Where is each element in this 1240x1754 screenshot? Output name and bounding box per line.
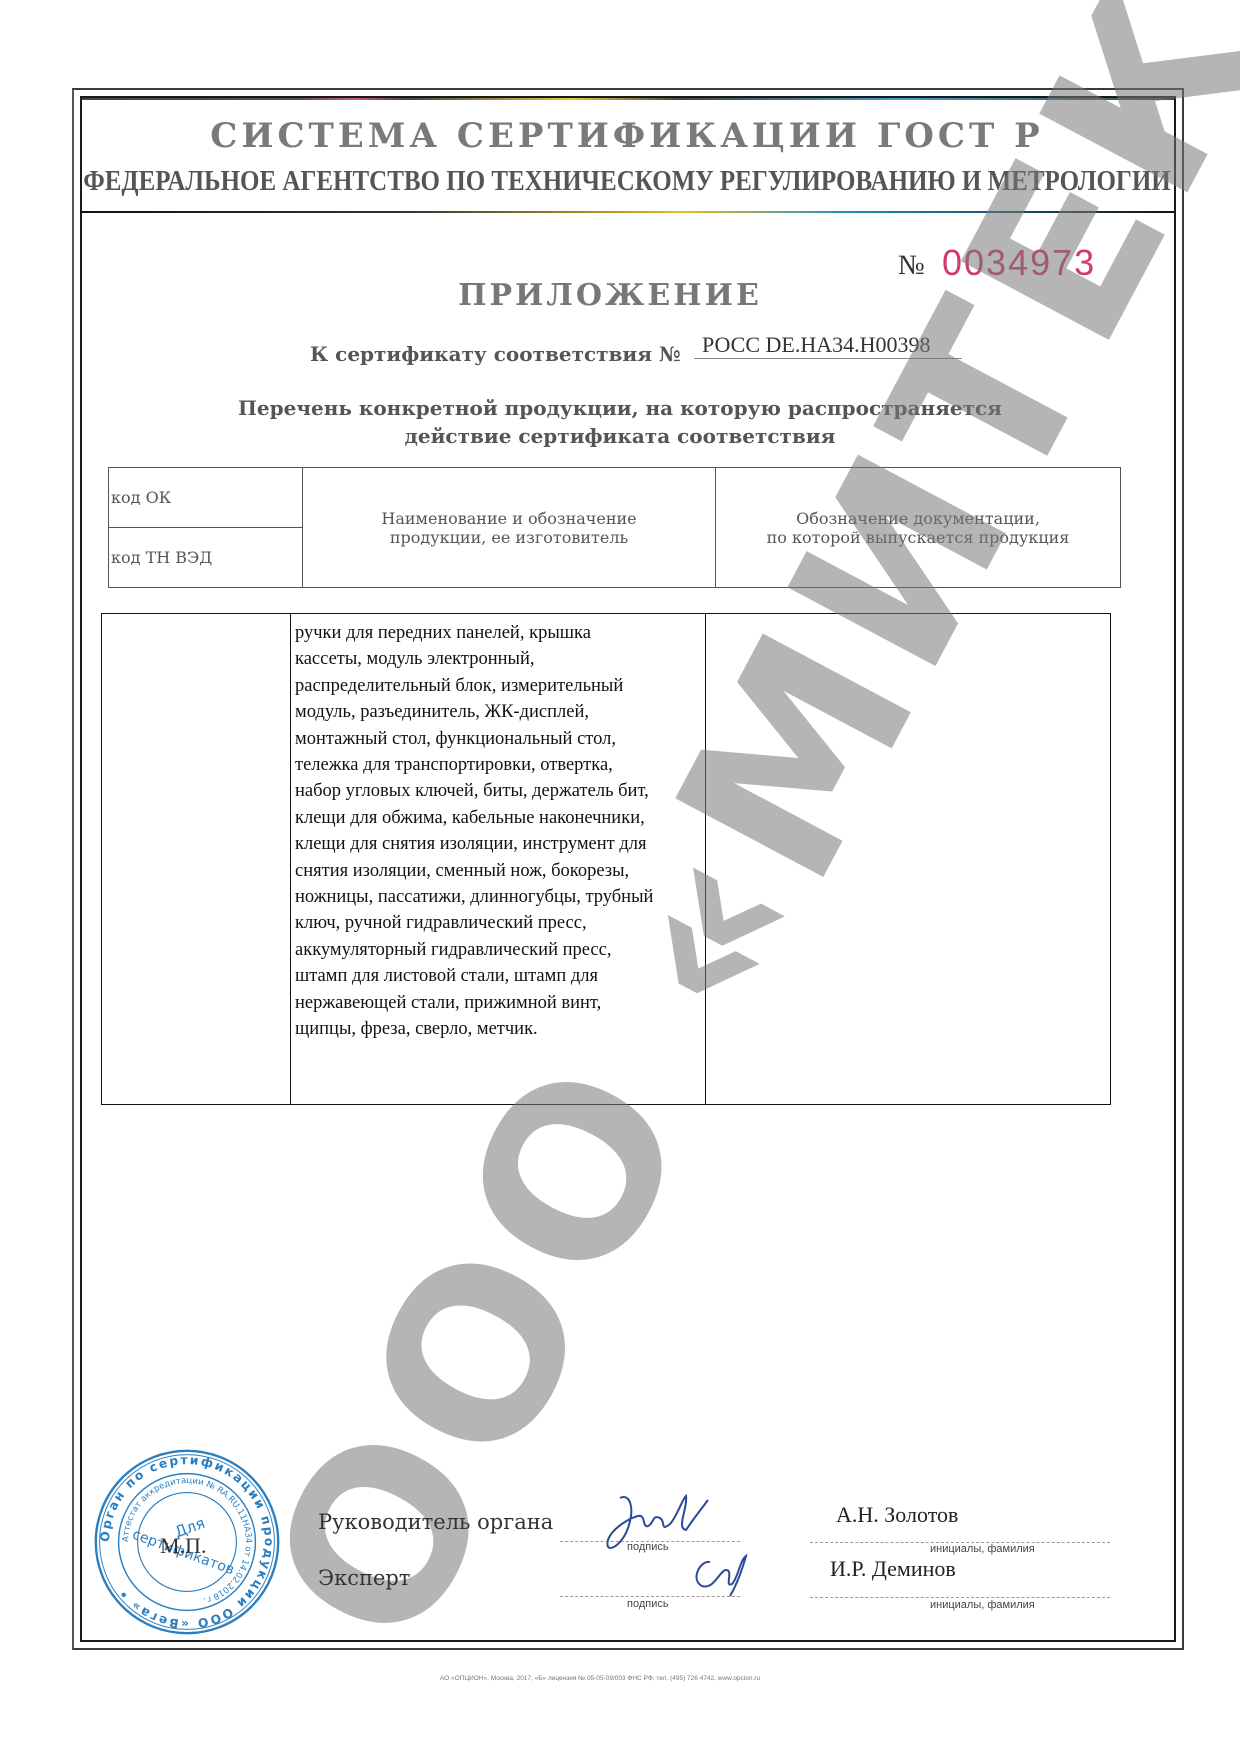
list-title-line2: действие сертификата соответствия (0, 424, 1240, 448)
row-code-cell (102, 614, 291, 1105)
product-line: кассеты, модуль электронный, (295, 646, 701, 672)
product-line: ключ, ручной гидравлический пресс, (295, 910, 701, 936)
head-signature (590, 1488, 730, 1558)
head-name-caption: инициалы, фамилия (930, 1543, 1035, 1555)
product-line: клещи для снятия изоляции, инструмент дл… (295, 831, 701, 857)
products-table: ручки для передних панелей, крышкакассет… (101, 613, 1111, 1105)
header-rule-top (80, 98, 1174, 100)
header-code-ok: код ОК (109, 468, 303, 528)
row-documentation-cell (706, 614, 1111, 1105)
product-line: набор угловых ключей, биты, держатель би… (295, 778, 701, 804)
expert-signature (680, 1550, 760, 1600)
expert-name-caption: инициалы, фамилия (930, 1599, 1035, 1611)
header-product-name-line1: Наименование и обозначение (304, 509, 714, 528)
product-line: клещи для обжима, кабельные наконечники, (295, 805, 701, 831)
product-line: снятия изоляции, сменный нож, бокорезы, (295, 858, 701, 884)
expert-signature-caption: подпись (627, 1598, 669, 1610)
product-line: монтажный стол, функциональный стол, (295, 726, 701, 752)
head-of-body-label: Руководитель органа (318, 1510, 553, 1534)
expert-name: И.Р. Деминов (830, 1556, 956, 1582)
products-table-header: код ОК Наименование и обозначение продук… (108, 467, 1121, 588)
system-title: СИСТЕМА СЕРТИФИКАЦИИ ГОСТ Р (80, 116, 1174, 156)
product-line: ручки для передних панелей, крышка (295, 620, 701, 646)
header-documentation-line1: Обозначение документации, (717, 509, 1119, 528)
head-name: А.Н. Золотов (836, 1502, 958, 1528)
product-line: аккумуляторный гидравлический пресс, (295, 937, 701, 963)
expert-name-line (810, 1597, 1110, 1598)
product-line: тележка для транспортировки, отвертка, (295, 752, 701, 778)
header-product-name-line2: продукции, ее изготовитель (304, 528, 714, 547)
product-line: штамп для листовой стали, штамп для (295, 963, 701, 989)
row-product-cell: ручки для передних панелей, крышкакассет… (291, 614, 706, 1105)
printer-footer: АО «ОПЦИОН», Москва, 2017, «Б» лицензия … (350, 1675, 850, 1682)
list-title-line1: Перечень конкретной продукции, на котору… (0, 396, 1240, 420)
product-line: ножницы, пассатижи, длинногубцы, трубный (295, 884, 701, 910)
seal-mark: М.П. (160, 1533, 206, 1559)
certificate-number: РОСС DE.HA34.H00398 (694, 332, 962, 359)
product-line: модуль, разъединитель, ЖК-дисплей, (295, 699, 701, 725)
appendix-heading-wrap: ПРИЛОЖЕНИЕ (0, 278, 1240, 313)
header-code-tnved: код ТН ВЭД (109, 528, 303, 588)
header-rule-bottom (80, 211, 1174, 213)
expert-label: Эксперт (318, 1566, 410, 1590)
appendix-title: ПРИЛОЖЕНИЕ (458, 278, 762, 313)
table-row: ручки для передних панелей, крышкакассет… (102, 614, 1111, 1105)
header-product-name: Наименование и обозначение продукции, ее… (303, 468, 716, 588)
agency-name: ФЕДЕРАЛЬНОЕ АГЕНТСТВО ПО ТЕХНИЧЕСКОМУ РЕ… (80, 166, 1174, 198)
product-line: щипцы, фреза, сверло, метчик. (295, 1016, 701, 1042)
header-documentation-line2: по которой выпускается продукция (717, 528, 1119, 547)
header-documentation: Обозначение документации, по которой вып… (716, 468, 1121, 588)
certificate-label: К сертификату соответствия № (310, 342, 681, 366)
product-line: нержавеющей стали, прижимной винт, (295, 990, 701, 1016)
product-line: распределительный блок, измерительный (295, 673, 701, 699)
